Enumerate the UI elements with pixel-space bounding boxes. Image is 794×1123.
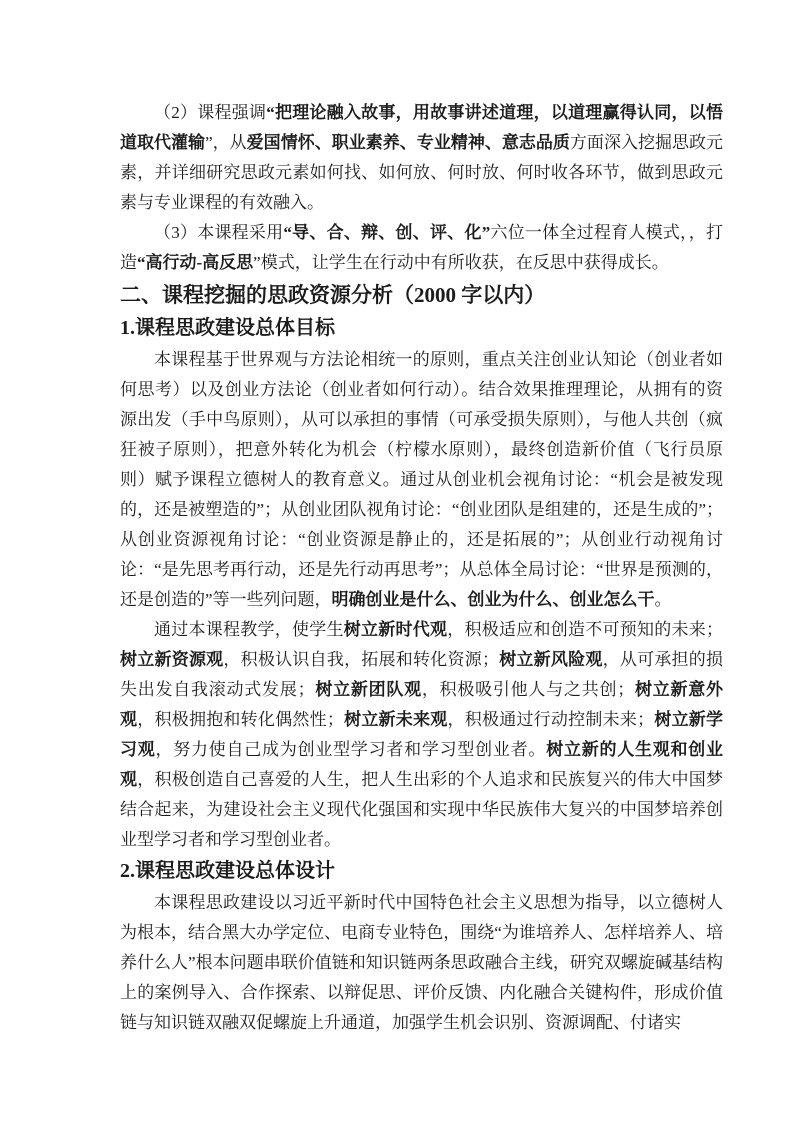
text-run: ，积极吸引他人与之共创； <box>422 680 634 699</box>
text-run: ，积极适应和创造不可预知的未来； <box>447 620 723 639</box>
bold-text-run: 爱国情怀、职业素养、专业精神、意志品质 <box>247 133 570 152</box>
bold-text-run: 明确创业是什么、创业为什么、创业怎么干 <box>332 590 655 609</box>
bold-text-run: 1.课程思政建设总体目标 <box>120 317 335 339</box>
text-run: ，积极认识自我，拓展和转化资源； <box>223 650 499 669</box>
bold-text-run: 树立新团队观 <box>315 680 422 699</box>
document-body: （2）课程强调“把理论融入故事，用故事讲述道理，以道理赢得认同，以悟道取代灌输”… <box>120 98 723 1038</box>
paragraph: 本课程思政建设以习近平新时代中国特色社会主义思想为指导，以立德树人为根本，结合黑… <box>120 888 723 1038</box>
text-run: 本课程基于世界观与方法论相统一的原则，重点关注创业认知论（创业者如何思考）以及创… <box>120 350 723 609</box>
text-run: ，积极拥抱和转化偶然性； <box>137 710 344 729</box>
text-run: ，努力使自己成为创业型学习者和学习型创业者。 <box>156 740 547 759</box>
paragraph: （3）本课程采用“导、合、辩、创、评、化”六位一体全过程育人模式，，打造“高行动… <box>120 218 723 278</box>
section-heading: 二、课程挖掘的思政资源分析（2000 字以内） <box>120 278 723 312</box>
subsection-heading: 1.课程思政建设总体目标 <box>120 312 723 345</box>
text-run: 本课程思政建设以习近平新时代中国特色社会主义思想为指导，以立德树人为根本，结合黑… <box>120 893 723 1032</box>
text-run: （3）本课程采用 <box>154 223 283 242</box>
text-run: 通过本课程教学，使学生 <box>154 620 344 639</box>
paragraph: 本课程基于世界观与方法论相统一的原则，重点关注创业认知论（创业者如何思考）以及创… <box>120 345 723 615</box>
bold-text-run: 树立新风险观 <box>499 650 603 669</box>
document-page: （2）课程强调“把理论融入故事，用故事讲述道理，以道理赢得认同，以悟道取代灌输”… <box>0 0 794 1123</box>
text-run: 。 <box>655 590 672 609</box>
text-run: ，积极通过行动控制未来； <box>448 710 655 729</box>
paragraph: （2）课程强调“把理论融入故事，用故事讲述道理，以道理赢得认同，以悟道取代灌输”… <box>120 98 723 218</box>
text-run: ”，从 <box>205 133 247 152</box>
bold-text-run: 2.课程思政建设总体设计 <box>120 860 335 882</box>
bold-text-run: 树立新时代观 <box>344 620 448 639</box>
subsection-heading: 2.课程思政建设总体设计 <box>120 855 723 888</box>
text-run: （2）课程强调 <box>154 103 266 122</box>
text-run: ，积极创造自己喜爱的人生，把人生出彩的个人追求和民族复兴的伟大中国梦结合起来，为… <box>120 770 723 849</box>
bold-text-run: 二、课程挖掘的思政资源分析（2000 字以内） <box>120 283 545 307</box>
bold-text-run: 树立新资源观 <box>120 650 223 669</box>
text-run: ”模式，让学生在行动中有所收获，在反思中获得成长。 <box>253 253 669 272</box>
bold-text-run: 树立新未来观 <box>344 710 448 729</box>
bold-text-run: “导、合、辩、创、评、化” <box>283 223 490 242</box>
paragraph: 通过本课程教学，使学生树立新时代观，积极适应和创造不可预知的未来；树立新资源观，… <box>120 615 723 855</box>
bold-text-run: “高行动-高反思 <box>137 253 253 272</box>
